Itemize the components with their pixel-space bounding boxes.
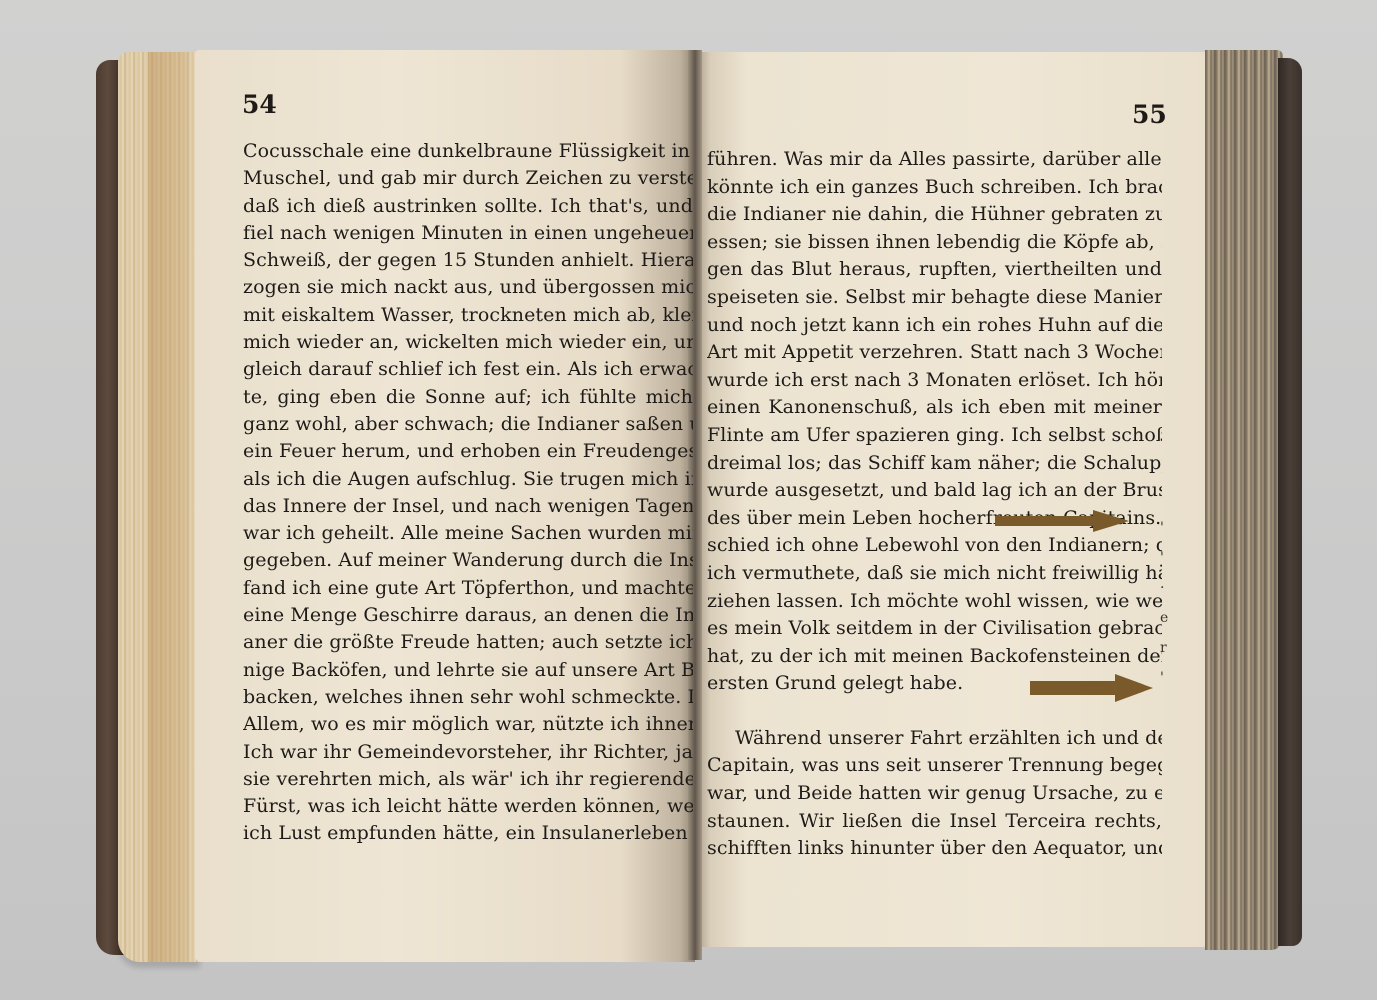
text-line: Schweiß, der gegen 15 Stunden anhielt. H… <box>243 247 693 274</box>
back-cover-right <box>1278 58 1302 946</box>
text-line: nige Backöfen, und lehrte sie auf unsere… <box>243 657 693 684</box>
text-line: schied ich ohne Lebewohl von den Indiane… <box>707 532 1162 560</box>
text-line: die Indianer nie dahin, die Hühner gebra… <box>707 201 1162 229</box>
text-line: fiel nach wenigen Minuten in einen ungeh… <box>243 220 693 247</box>
open-book: 54 55 Cocusschale eine dunkelbraune Flüs… <box>0 0 1377 1000</box>
page-edges-left <box>118 52 200 962</box>
text-line: gegeben. Auf meiner Wanderung durch die … <box>243 547 693 574</box>
text-line: dreimal los; das Schiff kam näher; die S… <box>707 450 1162 478</box>
text-line: war, und Beide hatten wir genug Ursache,… <box>707 780 1162 808</box>
margin-mark: · <box>1160 580 1180 610</box>
text-line: staunen. Wir ließen die Insel Terceira r… <box>707 808 1162 836</box>
margin-mark: e <box>1160 610 1180 640</box>
text-line: te, ging eben die Sonne auf; ich fühlte … <box>243 384 693 411</box>
arrow-right-icon <box>1030 674 1155 702</box>
text-line: Während unserer Fahrt erzählten ich und … <box>707 725 1162 753</box>
arrow-shaft <box>1030 681 1120 695</box>
text-line: könnte ich ein ganzes Buch schreiben. Ic… <box>707 174 1162 202</box>
text-line: mit eiskaltem Wasser, trockneten mich ab… <box>243 302 693 329</box>
text-line: Fürst, was ich leicht hätte werden könne… <box>243 793 693 820</box>
text-line: hat, zu der ich mit meinen Backofenstein… <box>707 643 1162 671</box>
arrow-head <box>1115 674 1153 702</box>
margin-mark: ' <box>1160 670 1180 700</box>
right-page-text: führen. Was mir da Alles passirte, darüb… <box>707 146 1162 863</box>
margin-mark: r <box>1160 640 1180 670</box>
text-line: ziehen lassen. Ich möchte wohl wissen, w… <box>707 588 1162 616</box>
text-line: Ich war ihr Gemeindevorsteher, ihr Richt… <box>243 739 693 766</box>
text-line: das Innere der Insel, und nach wenigen T… <box>243 493 693 520</box>
text-line: ich Lust empfunden hätte, ein Insulanerl… <box>243 820 693 847</box>
page-number-left: 54 <box>242 90 277 119</box>
text-line: Capitain, was uns seit unserer Trennung … <box>707 752 1162 780</box>
text-line: führen. Was mir da Alles passirte, darüb… <box>707 146 1162 174</box>
arrow-right-icon <box>995 510 1135 532</box>
margin-mark: ' <box>1160 550 1180 580</box>
arrow-shaft <box>995 516 1105 526</box>
text-line: Muschel, und gab mir durch Zeichen zu ve… <box>243 165 693 192</box>
text-line: und noch jetzt kann ich ein rohes Huhn a… <box>707 312 1162 340</box>
arrow-head <box>1093 510 1129 532</box>
page-number-right: 55 <box>1132 100 1167 129</box>
text-line: fand ich eine gute Art Töpferthon, und m… <box>243 575 693 602</box>
margin-marks: ' ' · e r ' <box>1160 520 1180 700</box>
text-line: einen Kanonenschuß, als ich eben mit mei… <box>707 394 1162 422</box>
text-line: ich vermuthete, daß sie mich nicht freiw… <box>707 560 1162 588</box>
text-line: backen, welches ihnen sehr wohl schmeckt… <box>243 684 693 711</box>
text-line: Art mit Appetit verzehren. Statt nach 3 … <box>707 339 1162 367</box>
text-line: zogen sie mich nackt aus, und übergossen… <box>243 274 693 301</box>
text-line: gen das Blut heraus, rupften, viertheilt… <box>707 256 1162 284</box>
text-line: eine Menge Geschirre daraus, an denen di… <box>243 602 693 629</box>
text-line: Flinte am Ufer spazieren ging. Ich selbs… <box>707 422 1162 450</box>
text-line: ein Feuer herum, und erhoben ein Freuden… <box>243 438 693 465</box>
margin-mark: ' <box>1160 520 1180 550</box>
text-line: es mein Volk seitdem in der Civilisation… <box>707 615 1162 643</box>
text-line: wurde ich erst nach 3 Monaten erlöset. I… <box>707 367 1162 395</box>
text-line: Cocusschale eine dunkelbraune Flüssigkei… <box>243 138 693 165</box>
text-line: gleich darauf schlief ich fest ein. Als … <box>243 356 693 383</box>
text-line: Allem, wo es mir möglich war, nützte ich… <box>243 711 693 738</box>
page-edges-right <box>1205 50 1283 950</box>
text-line: essen; sie bissen ihnen lebendig die Köp… <box>707 229 1162 257</box>
text-line: mich wieder an, wickelten mich wieder ei… <box>243 329 693 356</box>
text-line: wurde ausgesetzt, und bald lag ich an de… <box>707 477 1162 505</box>
text-line: war ich geheilt. Alle meine Sachen wurde… <box>243 520 693 547</box>
text-line: speiseten sie. Selbst mir behagte diese … <box>707 284 1162 312</box>
text-line: als ich die Augen aufschlug. Sie trugen … <box>243 466 693 493</box>
text-line: ganz wohl, aber schwach; die Indianer sa… <box>243 411 693 438</box>
text-line: daß ich dieß austrinken sollte. Ich that… <box>243 193 693 220</box>
text-line: sie verehrten mich, als wär' ich ihr reg… <box>243 766 693 793</box>
left-page-text: Cocusschale eine dunkelbraune Flüssigkei… <box>243 138 693 848</box>
text-line: aner die größte Freude hatten; auch setz… <box>243 629 693 656</box>
text-line: schifften links hinunter über den Aequat… <box>707 835 1162 863</box>
